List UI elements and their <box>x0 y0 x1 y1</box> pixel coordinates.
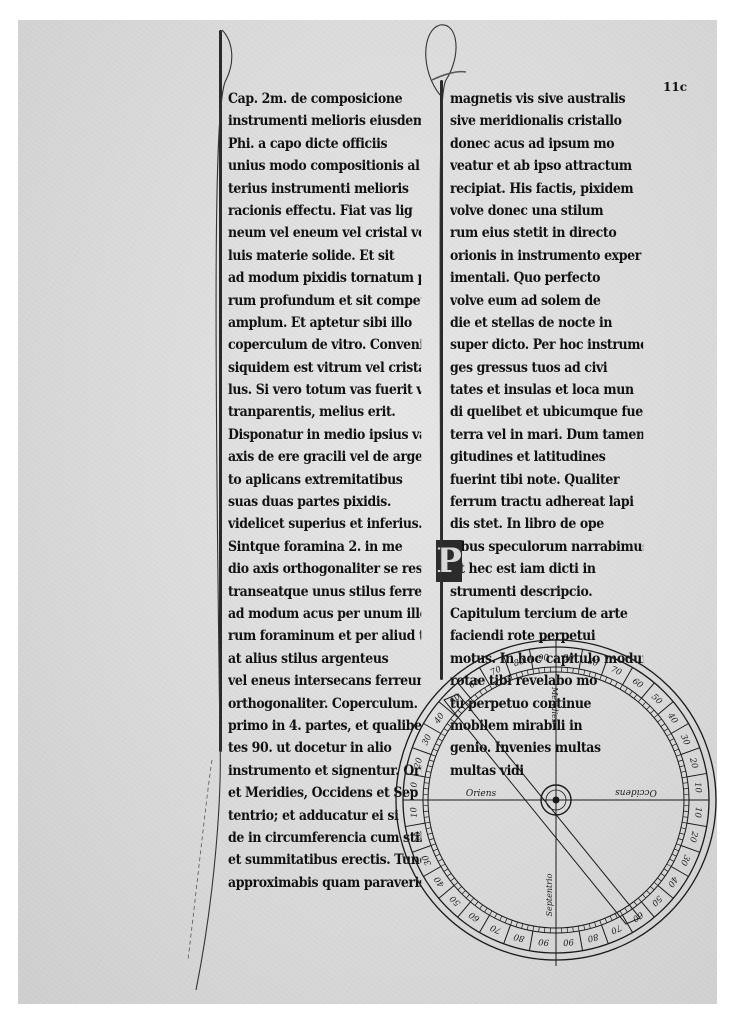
alidade-rule <box>444 694 640 924</box>
degree-label: 90 <box>538 653 550 664</box>
compass-diagram: 1020304050607080909080706050403020101020… <box>0 0 736 1024</box>
degree-label: 60 <box>467 676 482 691</box>
degree-label: 70 <box>609 664 624 678</box>
degree-label: 60 <box>630 676 645 691</box>
degree-label: 70 <box>608 922 623 936</box>
degree-label: 40 <box>432 874 447 890</box>
degree-label: 90 <box>562 936 574 947</box>
degree-label: 40 <box>665 710 680 726</box>
degree-label: 80 <box>586 931 600 944</box>
degree-label: 50 <box>448 893 463 908</box>
label-meridies: Meridies <box>550 686 559 723</box>
degree-label: 20 <box>687 829 700 844</box>
degree-label: 20 <box>687 756 700 771</box>
degree-label: 10 <box>692 807 703 819</box>
degree-label: 30 <box>678 733 692 748</box>
degree-label: 30 <box>420 852 434 867</box>
label-oriens: Oriens <box>466 789 497 799</box>
degree-label: 70 <box>489 664 504 678</box>
degree-label: 50 <box>649 692 664 707</box>
degree-label: 20 <box>412 830 425 845</box>
degree-label: 40 <box>432 711 447 727</box>
degree-label: 10 <box>692 782 703 794</box>
degree-label: 90 <box>563 653 575 664</box>
degree-label: 10 <box>409 806 420 818</box>
degree-label: 70 <box>488 922 503 936</box>
label-septentrio: Septentrio <box>545 873 554 916</box>
degree-label: 40 <box>665 873 680 889</box>
degree-label: 80 <box>586 657 600 670</box>
label-occidens: Occidens <box>615 787 657 797</box>
degree-label: 30 <box>420 732 434 747</box>
degree-label: 80 <box>513 656 527 669</box>
degree-label: 80 <box>512 931 526 944</box>
degree-label: 50 <box>649 893 664 908</box>
degree-label: 20 <box>412 756 425 771</box>
degree-label: 60 <box>467 909 482 924</box>
degree-label: 30 <box>678 853 692 868</box>
degree-label: 90 <box>537 936 549 947</box>
degree-label: 50 <box>448 692 463 707</box>
pivot <box>553 797 560 804</box>
degree-label: 10 <box>409 781 420 793</box>
